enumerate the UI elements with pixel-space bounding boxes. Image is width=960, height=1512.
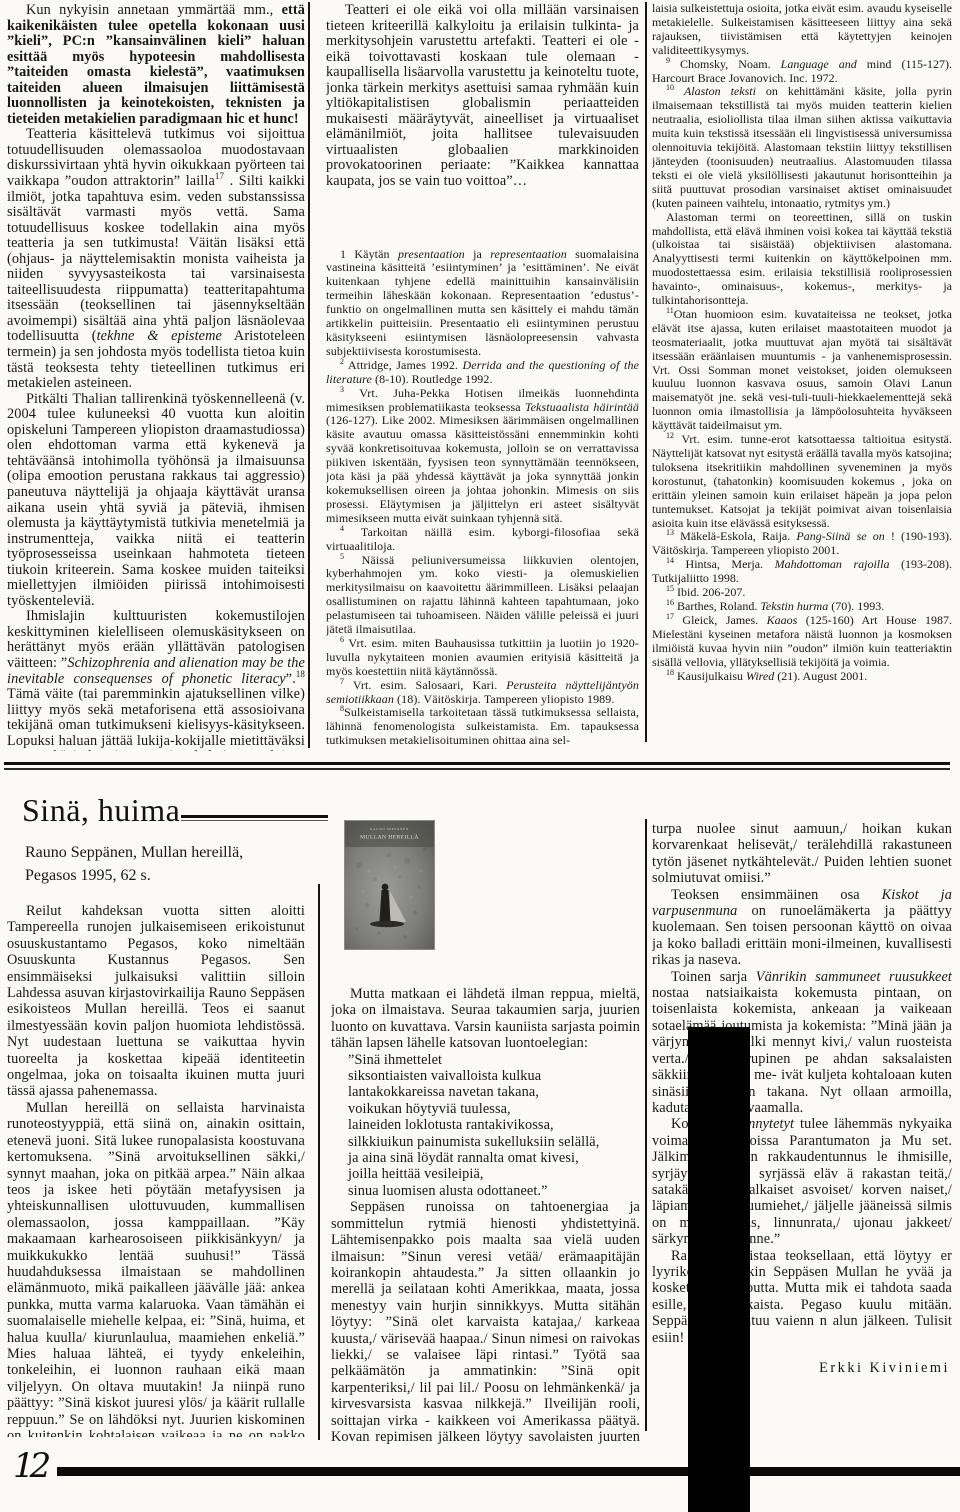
poem-line: lantakokkareissa navetan takana, — [348, 1084, 640, 1100]
footnotes-block: 9 Chomsky, Noam. Language and mind (115-… — [652, 58, 952, 684]
review-paragraph: Seppäsen runoissa on tahtoenergiaa ja so… — [331, 1199, 640, 1446]
footnote: 10 Alaston teksti on kehittämäni käsite,… — [652, 85, 952, 210]
byline-line: Pegasos 1995, 62 s. — [25, 864, 243, 887]
review-paragraph: Reilut kahdeksan vuotta sitten aloitti T… — [7, 903, 305, 1100]
byline-line: Rauno Seppänen, Mullan hereillä, — [25, 841, 243, 864]
book-cover-art: RAUNO SEPPÄNEN MULLAN HEREILLÄ — [345, 821, 434, 949]
column-divider — [318, 884, 320, 1440]
review-paragraph: Mutta matkaan ei lähdetä ilman reppua, m… — [331, 986, 640, 1052]
poem-line: voikukan höytyviä tuulessa, — [348, 1101, 640, 1117]
footnote-continuation: laisia sulkeistettuja osioita, jotka eiv… — [652, 2, 952, 58]
poem-line: laineiden loklotusta rantakivikossa, — [348, 1117, 640, 1133]
review-paragraph: Mullan hereillä on sellaista harvinaista… — [7, 1100, 305, 1437]
review-column-2: Mutta matkaan ei lähdetä ilman reppua, m… — [331, 986, 640, 1446]
poem-line: sinua luomisen alusta odottaneet.” — [348, 1183, 640, 1199]
poem-line: siksontiaisten vaivalloista kulkua — [348, 1068, 640, 1084]
article-paragraph: Teatteria käsittelevä tutkimus voi sijoi… — [7, 127, 305, 391]
footnote: 9 Chomsky, Noam. Language and mind (115-… — [652, 58, 952, 86]
column-divider — [308, 2, 310, 748]
article-paragraph: Teatteri ei ole eikä voi olla millään va… — [326, 3, 639, 190]
footnotes-block: 1 Käytän presentaation ja representaatio… — [326, 248, 639, 749]
review-paragraph: turpa nuolee sinut aamuun,/ hoikan kukan… — [652, 821, 952, 887]
magazine-page: Kun nykyisin annetaan ymmärtää mm., että… — [0, 0, 960, 1512]
poem-block: ”Sinä ihmetteletsiksontiaisten vaivalloi… — [331, 1052, 640, 1200]
review-byline: Rauno Seppänen, Mullan hereillä, Pegasos… — [25, 841, 243, 887]
review-title: Sinä, huima — [22, 792, 180, 829]
footnote: 13 Mäkelä-Eskola, Raija. Pang-Siinä se o… — [652, 530, 952, 558]
footnote: 2 Attridge, James 1992. Derrida and the … — [326, 359, 639, 387]
footnote: 15 Ibid. 206-207. — [652, 586, 952, 600]
footnote: 6 Vrt. esim. miten Bauhausissa tutkittii… — [326, 637, 639, 679]
poem-line: joilla heittää vesileipiä, — [348, 1166, 640, 1182]
cover-title-text: MULLAN HEREILLÄ — [360, 834, 419, 841]
column-divider — [645, 2, 647, 742]
cover-boat-shape — [370, 921, 404, 927]
footnote: 7 Vrt. esim. Salosaari, Kari. Perusteita… — [326, 679, 639, 707]
footnote: 8Sulkeistamisella tarkoitetaan tässä tut… — [326, 706, 639, 748]
article-column-1: Kun nykyisin annetaan ymmärtää mm., että… — [7, 3, 305, 751]
article-column-3: laisia sulkeistettuja osioita, jotka eiv… — [652, 2, 952, 746]
poem-line: ”Sinä ihmettelet — [348, 1052, 640, 1068]
footnote: 11Otan huomioon esim. kuvataiteissa ne t… — [652, 308, 952, 433]
cover-author-text: RAUNO SEPPÄNEN — [370, 826, 408, 831]
review-title-rule — [181, 815, 328, 821]
cover-figure-head — [382, 884, 389, 891]
review-paragraph: Teoksen ensimmäinen osa Kiskot ja varpus… — [652, 887, 952, 969]
footnote: 18 Kausijulkaisu Wired (21). August 2001… — [652, 670, 952, 684]
article-paragraph: Ihmislajin kulttuuristen kokemustilojen … — [7, 609, 305, 751]
footnote: 4 Tarkoitan näillä esim. kyborgi-filosof… — [326, 526, 639, 554]
poem-line: silkkiuikun painumista sukelluksiin selä… — [348, 1134, 640, 1150]
footer-rule — [57, 1467, 960, 1476]
footnote: 16 Barthes, Roland. Tekstin hurma (70). … — [652, 600, 952, 614]
footnote: Alastoman termi on teoreettinen, sillä o… — [652, 211, 952, 308]
footnote: 14 Hintsa, Merja. Mahdottoman rajoilla (… — [652, 558, 952, 586]
article-paragraph: Kun nykyisin annetaan ymmärtää mm., että… — [7, 3, 305, 127]
review-column-1: Reilut kahdeksan vuotta sitten aloitti T… — [7, 903, 305, 1437]
page-number: 12 — [13, 1446, 46, 1486]
section-divider-rule — [4, 762, 950, 770]
footnote: 5 Näissä peliuniversumeissa liikkuvien o… — [326, 554, 639, 637]
footnote: 3 Vrt. Juha-Pekka Hotisen ilmeikäs luonn… — [326, 387, 639, 526]
ink-blot-artifact — [688, 1027, 750, 1512]
footnote: 12 Vrt. esim. tunne-erot katsottaessa ta… — [652, 433, 952, 530]
poem-line: ja aina sinä löydät rannalta omat kivesi… — [348, 1150, 640, 1166]
article-paragraph: Pitkälti Thalian tallirenkinä työskennel… — [7, 392, 305, 610]
column-divider — [645, 819, 647, 1431]
book-cover-image: RAUNO SEPPÄNEN MULLAN HEREILLÄ — [345, 821, 434, 949]
footnote: 1 Käytän presentaation ja representaatio… — [326, 248, 639, 359]
footnote: 17 Gleick, James. Kaaos (125-160) Art Ho… — [652, 614, 952, 670]
article-column-2: Teatteri ei ole eikä voi olla millään va… — [326, 3, 639, 751]
